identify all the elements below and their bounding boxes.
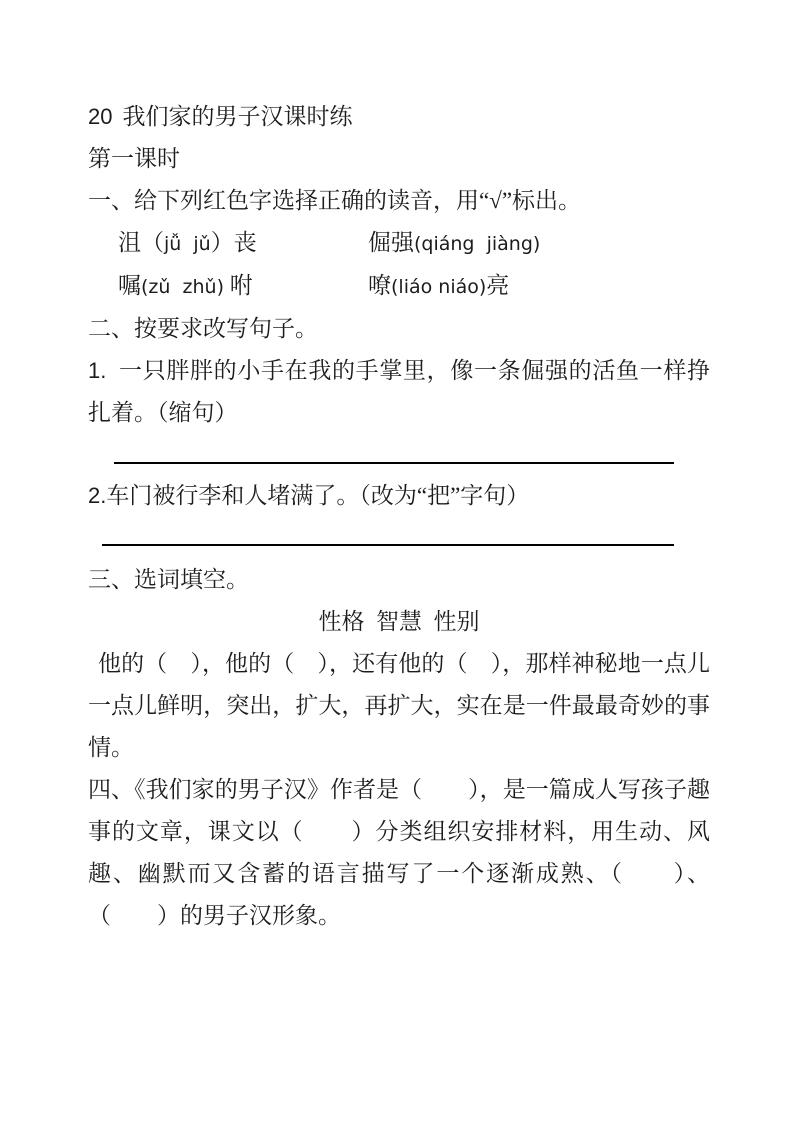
item-number: 2.	[88, 483, 106, 508]
section3-heading: 三、选词填空。	[88, 559, 710, 601]
pinyin-choice-juejiang: 倔强(qiáng jiàng)	[368, 230, 540, 255]
word-bank: 性格 智慧 性别	[88, 601, 710, 643]
pinyin-options: (zǔ zhǔ)	[141, 276, 224, 298]
lesson-number: 20	[88, 104, 112, 129]
worksheet-title: 20我们家的男子汉课时练	[88, 96, 710, 138]
worksheet-page: 20我们家的男子汉课时练 第一课时 一、给下列红色字选择正确的读音，用“√”标出…	[0, 0, 793, 1122]
session-heading: 第一课时	[88, 138, 710, 180]
pinyin-choice-row: 沮（jǚ jǔ）丧倔强(qiáng jiàng)	[88, 222, 710, 265]
section1-heading: 一、给下列红色字选择正确的读音，用“√”标出。	[88, 180, 710, 222]
answer-blank-line	[102, 544, 674, 546]
pinyin-choice-row: 嘱(zǔ zhǔ) 咐嘹(liáo niáo)亮	[88, 265, 710, 308]
rewrite-question-2: 2.车门被行李和人堵满了。（改为“把”字句）	[88, 475, 710, 517]
lesson-title-text: 我们家的男子汉课时练	[122, 104, 352, 129]
section4-question: 四、《我们家的男子汉》作者是（ ），是一篇成人写孩子趣事的文章，课文以（ ）分类…	[88, 769, 710, 937]
pinyin-choice-zhufu: 嘱(zǔ zhǔ) 咐	[118, 265, 368, 308]
fill-in-passage: 他的（ ），他的（ ），还有他的（ ），那样神秘地一点儿一点儿鲜明，突出，扩大，…	[88, 643, 710, 769]
answer-blank-line	[114, 462, 674, 464]
section2-heading: 二、按要求改写句子。	[88, 308, 710, 350]
pinyin-options: (qiáng jiàng)	[414, 233, 540, 255]
pinyin-options: jǚ jǔ	[164, 233, 211, 255]
pinyin-choice-jusang: 沮（jǚ jǔ）丧	[118, 222, 368, 265]
rewrite-question-1: 1.一只胖胖的小手在我的手掌里，像一条倔强的活鱼一样挣扎着。（缩句）	[88, 350, 710, 434]
item-number: 1.	[88, 358, 106, 383]
pinyin-choice-liaoliang: 嘹(liáo niáo)亮	[368, 273, 509, 298]
pinyin-options: (liáo niáo)	[391, 276, 486, 298]
